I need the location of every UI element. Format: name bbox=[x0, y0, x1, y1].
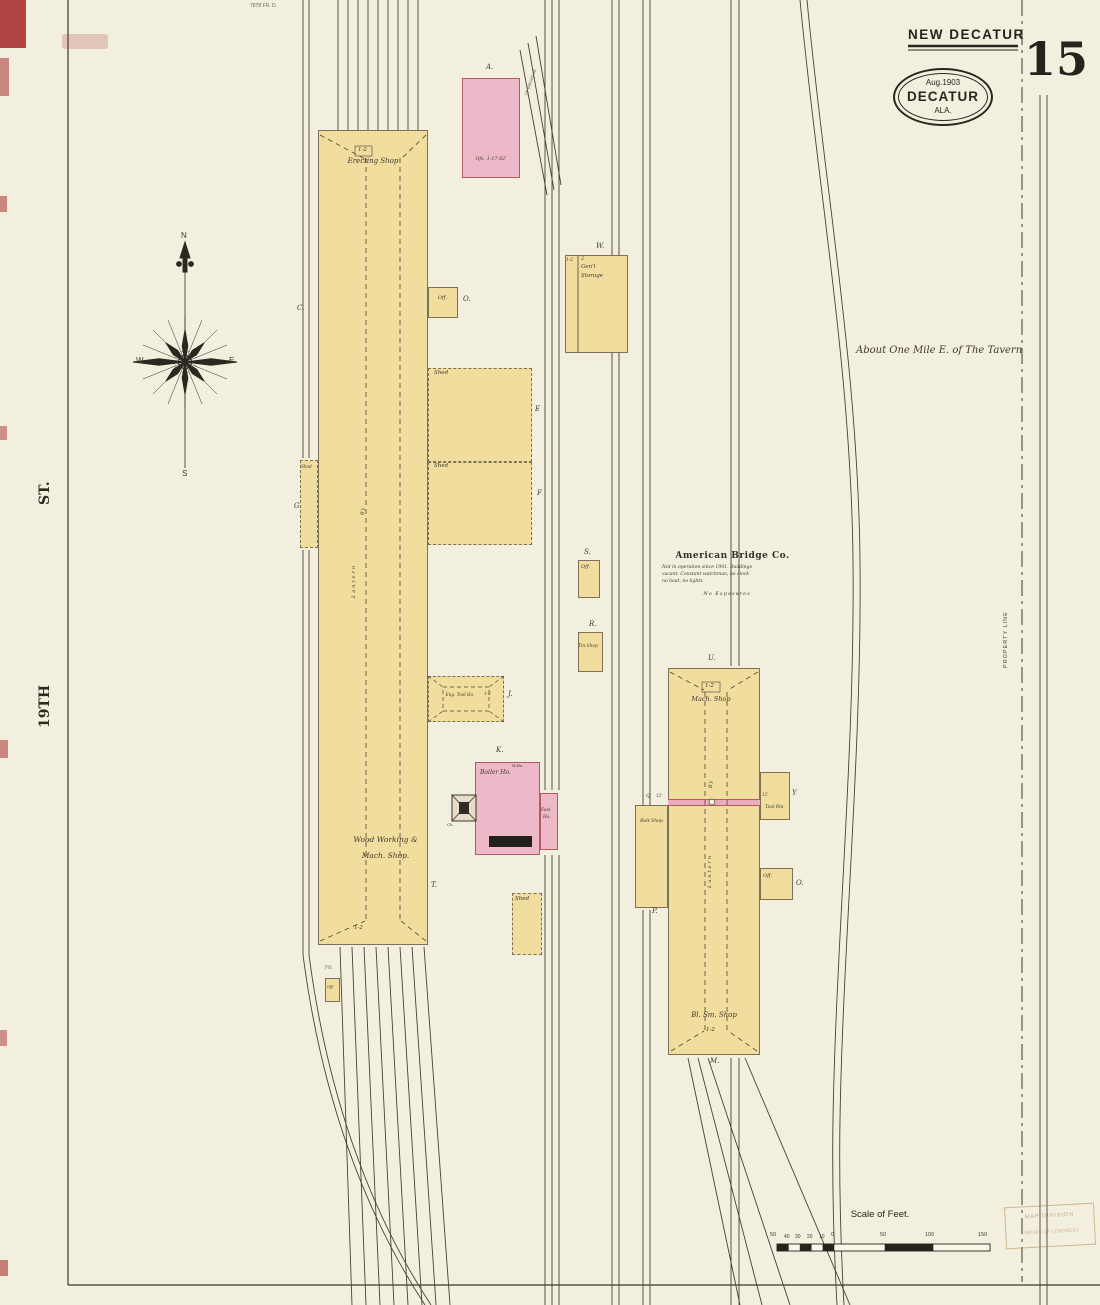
mach-ry-label: R'y bbox=[710, 772, 715, 788]
letter-a: A. bbox=[486, 64, 493, 71]
scan-mark bbox=[62, 34, 108, 49]
building-shed-f bbox=[428, 462, 532, 545]
letter-e: E bbox=[535, 406, 540, 413]
letter-c: C. bbox=[297, 305, 304, 312]
scan-mark bbox=[0, 740, 8, 758]
letter-s: S. bbox=[584, 549, 591, 556]
wood-working-floors: 1-2 bbox=[354, 926, 363, 932]
scan-mark bbox=[0, 0, 26, 48]
erecting-ry-label: R'y bbox=[362, 497, 367, 515]
shed-f-label: Shed bbox=[434, 464, 448, 470]
genl-stories: 2 bbox=[581, 257, 584, 262]
library-stamp-line1: MAP DIVISION bbox=[1005, 1211, 1093, 1222]
building-shed-g bbox=[300, 460, 318, 548]
stamp-state: ALA. bbox=[895, 106, 991, 115]
page-title: NEW DECATUR bbox=[908, 28, 1018, 42]
boiler-whouse-label: W.Ho. bbox=[512, 764, 523, 768]
fuel-house-label2: Ho. bbox=[543, 815, 550, 819]
mach-lantern-label: Lantern bbox=[708, 818, 713, 888]
erecting-shop-label: Erecting Shop bbox=[323, 158, 423, 165]
office-west-label: Off. bbox=[429, 296, 456, 301]
publisher-stamp: Aug.1903 DECATUR ALA. bbox=[893, 68, 993, 126]
scale-tick-20: 20 bbox=[807, 1235, 813, 1240]
office-a-label: Ofs. 1-17-82' bbox=[466, 158, 516, 163]
chimney-label: Ch. bbox=[447, 823, 454, 827]
boiler-house-label: Boiler Ho. bbox=[480, 770, 511, 776]
building-tin-shop bbox=[578, 632, 603, 672]
bridge-co-title: American Bridge Co. bbox=[660, 552, 805, 561]
building-shed-e bbox=[428, 368, 532, 462]
scale-title: Scale of Feet. bbox=[820, 1210, 940, 1220]
letter-f: F bbox=[537, 490, 542, 497]
scale-tick-10: 10 bbox=[819, 1235, 825, 1240]
shed-e-label: Shed bbox=[434, 371, 448, 377]
building-office-west bbox=[428, 287, 458, 318]
scan-mark bbox=[0, 426, 7, 440]
map-details-layer bbox=[0, 0, 1100, 1305]
office-s-label: Off. bbox=[581, 565, 590, 570]
erecting-floors: 1-2 bbox=[358, 148, 367, 154]
mach-shop-floors: 1-2 bbox=[705, 684, 714, 690]
letter-r: R. bbox=[589, 621, 597, 628]
letter-y: Y bbox=[792, 790, 797, 797]
library-stamp-line2: LIBRARY OF CONGRESS bbox=[1006, 1228, 1094, 1238]
library-stamp: MAP DIVISION LIBRARY OF CONGRESS bbox=[1004, 1203, 1096, 1250]
building-office-small bbox=[325, 978, 340, 1002]
building-genl-storage bbox=[565, 255, 628, 353]
office-east-label: Off. bbox=[763, 874, 772, 879]
genl-storage-label2: Storage bbox=[581, 274, 603, 280]
plate-note: 7878 FR. D. bbox=[250, 4, 277, 9]
railroad-tracks-layer bbox=[0, 0, 1100, 1305]
office-small-label: Off. bbox=[327, 985, 334, 989]
wood-working-label2: Mach. Shop. bbox=[338, 852, 433, 860]
compass-rose bbox=[133, 242, 237, 468]
bridge-co-exposures: No Exposures bbox=[662, 592, 792, 597]
blacksmith-shop-label: Bl. Sm. Shop bbox=[676, 1012, 752, 1019]
scale-tick-50l: 50 bbox=[770, 1233, 776, 1239]
scale-tick-0: 0 bbox=[831, 1233, 834, 1239]
letter-w: W. bbox=[596, 243, 604, 250]
letter-j: J. bbox=[508, 691, 513, 698]
sanborn-map-sheet: NEW DECATUR 15 Aug.1903 DECATUR ALA. 787… bbox=[0, 0, 1100, 1305]
letter-k: K. bbox=[496, 747, 503, 754]
bridge-co-note1: Not in operation since 1901. Buildings bbox=[662, 566, 752, 571]
letter-p: P. bbox=[652, 908, 658, 915]
erecting-lantern-label: Lantern bbox=[352, 523, 357, 598]
blacksmith-floors: 1-2 bbox=[706, 1028, 715, 1034]
scan-mark bbox=[0, 1260, 8, 1276]
scale-tick-30: 30 bbox=[795, 1235, 801, 1240]
mach-dim-left: 12' bbox=[656, 794, 662, 798]
firewall-pink-band bbox=[668, 799, 760, 806]
letter-m: M. bbox=[710, 1058, 719, 1065]
bridge-co-note2: vacant. Constant watchman, no clock bbox=[662, 573, 749, 578]
building-fuel-house bbox=[540, 793, 558, 850]
compass-label-n: N bbox=[181, 232, 187, 240]
tin-shop-label: Tin Shop bbox=[578, 645, 598, 649]
letter-o-east: O. bbox=[796, 880, 804, 887]
eng-tool-floors: 1-2 bbox=[484, 692, 491, 696]
bolt-shop-label: Bolt Shop bbox=[634, 820, 669, 825]
office-small-height: 7½ bbox=[324, 966, 332, 971]
scan-mark bbox=[0, 1030, 7, 1046]
letter-o-west: O. bbox=[463, 296, 471, 303]
mach-shop-label: Mach. Shop bbox=[678, 696, 744, 703]
building-mach-blsm-shop bbox=[668, 668, 760, 1055]
tavern-note: About One Mile E. of The Tavern bbox=[856, 346, 1022, 356]
scale-bar bbox=[777, 1244, 990, 1251]
track-dimension-note: 10' BROAD 40 bbox=[524, 69, 537, 96]
genl-storage-label1: Gen'l bbox=[581, 265, 595, 271]
letter-u: U. bbox=[708, 655, 715, 662]
letter-g: G bbox=[294, 503, 300, 510]
building-eng-tool-house bbox=[428, 676, 504, 722]
street-label-st: ST. bbox=[38, 475, 52, 505]
eng-tool-house-label: Eng. Tool Ho. bbox=[436, 693, 484, 697]
scale-tick-150: 150 bbox=[978, 1233, 987, 1239]
shed-mid-label: Shed bbox=[515, 897, 529, 903]
street-label-19th: 19TH bbox=[38, 684, 52, 728]
scale-tick-50r: 50 bbox=[880, 1233, 886, 1239]
compass-label-e: E bbox=[229, 357, 234, 365]
wood-working-label1: Wood Working & bbox=[338, 836, 433, 844]
scale-tick-40: 40 bbox=[784, 1235, 790, 1240]
tool-room-label: Tool Rm. bbox=[760, 806, 790, 810]
stamp-date: Aug.1903 bbox=[895, 78, 991, 87]
compass-label-w: W bbox=[136, 357, 144, 365]
scan-mark bbox=[0, 58, 9, 96]
building-erecting-woodworking-shop bbox=[318, 130, 428, 945]
compass-label-s: S bbox=[182, 470, 187, 478]
genl-floors: 1-2 bbox=[566, 258, 573, 262]
fuel-house-label1: Fuel bbox=[541, 808, 550, 812]
scale-tick-100: 100 bbox=[925, 1233, 934, 1239]
stamp-city: DECATUR bbox=[895, 89, 991, 104]
mach-dim-right: 12' bbox=[762, 793, 768, 797]
property-line-label: PROPERTY LINE bbox=[1004, 528, 1010, 668]
shed-g-label: Shed bbox=[301, 465, 312, 469]
building-office-a bbox=[462, 78, 520, 178]
scan-mark bbox=[0, 196, 7, 212]
letter-t: T. bbox=[431, 882, 437, 889]
sheet-number: 15 bbox=[1024, 36, 1088, 82]
mach-q-letter: Q bbox=[646, 794, 650, 799]
bridge-co-note3: no heat, no lights bbox=[662, 580, 703, 585]
